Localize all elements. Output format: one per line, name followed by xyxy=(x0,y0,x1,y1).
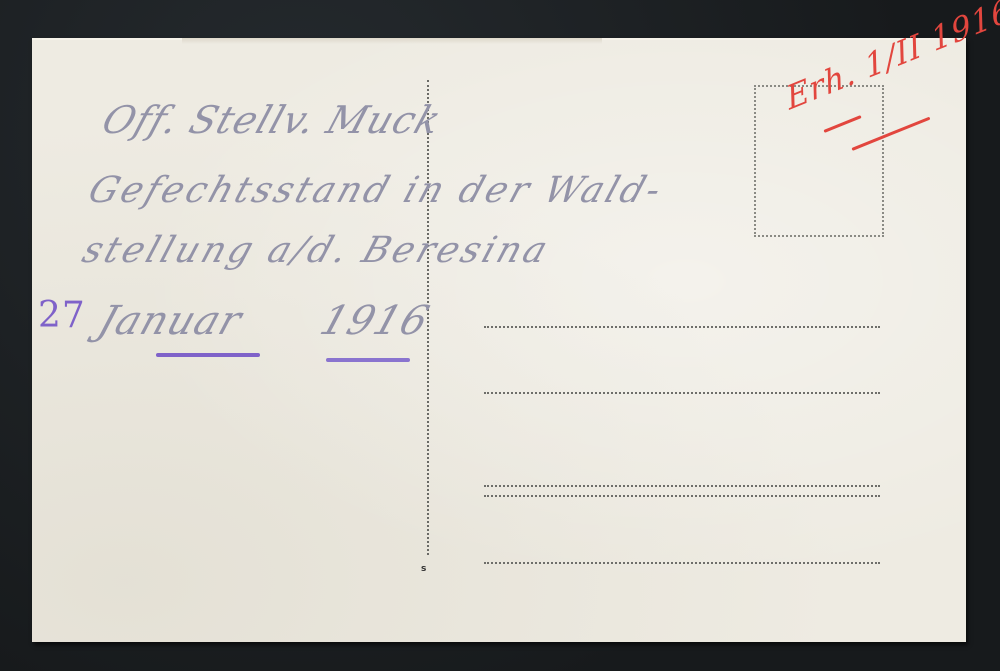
address-line-1 xyxy=(484,326,880,328)
address-line-2 xyxy=(484,392,880,394)
month-underline xyxy=(156,353,260,357)
stamp-box xyxy=(754,85,884,237)
date-year: 1916 xyxy=(315,298,436,344)
address-line-5 xyxy=(484,562,880,564)
message-line-2: Gefechtsstand in der Wald- xyxy=(83,170,669,211)
address-line-3 xyxy=(484,485,880,487)
worn-edge xyxy=(182,38,602,44)
year-underline xyxy=(326,358,410,362)
address-line-4 xyxy=(484,495,880,497)
date-day: 27 xyxy=(38,295,86,336)
received-annotation: Erh. 1/II 1916 xyxy=(783,0,1000,118)
message-line-3: stellung a/d. Beresina xyxy=(77,230,555,271)
postcard-back: s Off. Stellv. Muck Gefechtsstand in der… xyxy=(32,38,966,642)
message-line-1: Off. Stellv. Muck xyxy=(97,98,447,142)
date-month: Januar xyxy=(93,298,248,344)
printed-s-mark: s xyxy=(421,564,426,574)
